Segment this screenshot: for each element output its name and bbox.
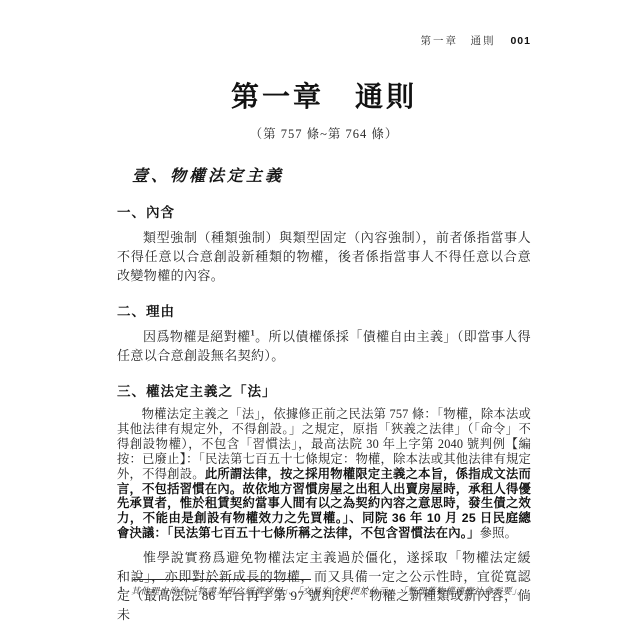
page-number: 001 (510, 35, 531, 47)
paragraph-reason-text-start: 因爲物權是絕對權 (143, 329, 251, 344)
footnote-divider (133, 579, 311, 580)
footnote-marker: 1 (117, 583, 131, 596)
paragraph-law-regular-end: 參照。 (480, 526, 518, 540)
running-header: 第一章 通則 001 (117, 0, 531, 48)
section-heading: 壹、物權法定主義 (117, 163, 531, 186)
subsection-heading-content: 一、內含 (117, 201, 531, 221)
footnote: 1 其他理由尚有「物盡其用之經濟效用」、「交易安全與便於公示」、「整理舊物權適應… (117, 585, 531, 598)
footnote-block: 1 其他理由尚有「物盡其用之經濟效用」、「交易安全與便於公示」、「整理舊物權適應… (117, 579, 531, 598)
subsection-heading-law: 三、權法定主義之「法」 (117, 380, 531, 400)
subsection-heading-reason: 二、理由 (117, 300, 531, 320)
paragraph-content: 類型強制（種類強制）與類型固定（內容強制），前者係指當事人不得任意以合意創設新種… (117, 228, 531, 285)
paragraph-law-quote: 物權法定主義之「法」，依據修正前之民法第 757 條：「物權，除本法或其他法律有… (117, 407, 531, 541)
paragraph-reason: 因爲物權是絕對權1。所以債權係採「債權自由主義」（即當事人得任意以合意創設無名契… (117, 327, 531, 365)
running-header-title: 第一章 通則 (421, 35, 496, 47)
book-page: 第一章 通則 001 第一章 通則 （第 757 條~第 764 條） 壹、物權… (0, 0, 640, 640)
page-content: 第一章 通則 001 第一章 通則 （第 757 條~第 764 條） 壹、物權… (117, 0, 531, 640)
chapter-article-range: （第 757 條~第 764 條） (117, 124, 531, 142)
chapter-title: 第一章 通則 (117, 75, 531, 115)
footnote-text: 其他理由尚有「物盡其用之經濟效用」、「交易安全與便於公示」、「整理舊物權適應社會… (131, 585, 531, 598)
